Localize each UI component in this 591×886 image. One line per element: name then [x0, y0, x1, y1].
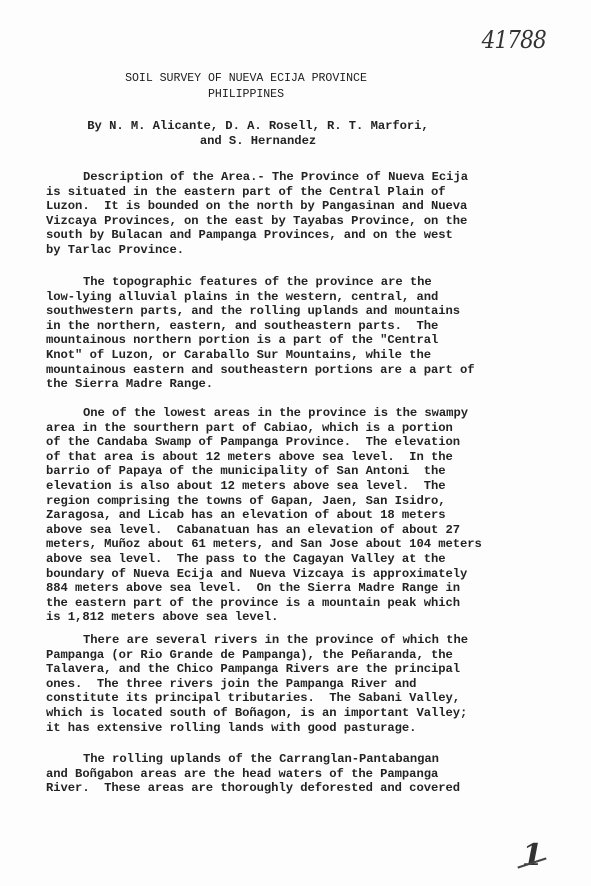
paragraph-4-line: Pampanga (or Rio Grande de Pampanga), th… [46, 648, 453, 662]
paragraph-2-line: mountainous eastern and southeastern por… [46, 363, 475, 377]
paragraph-2-line: southwestern parts, and the rolling upla… [46, 304, 460, 318]
paragraph-3-line: of the Candaba Swamp of Pampanga Provinc… [46, 435, 460, 449]
paragraph-3-line: is 1,812 meters above sea level. [46, 610, 278, 624]
paragraph-4-line: ones. The three rivers join the Pampanga… [46, 677, 416, 691]
document-page: 41788 SOIL SURVEY OF NUEVA ECIJA PROVINC… [0, 0, 591, 886]
paragraph-4-line: constitute its principal tributaries. Th… [46, 691, 460, 705]
author-line: and S. Hernandez [0, 134, 516, 148]
paragraph-4-line: There are several rivers in the province… [83, 633, 468, 647]
paragraph-3-line: above sea level. Cabanatuan has an eleva… [46, 523, 460, 537]
paragraph-3-line: barrio of Papaya of the municipality of … [46, 464, 446, 478]
paragraph-5-line: The rolling uplands of the Carranglan-Pa… [83, 752, 439, 766]
paragraph-4-line: it has extensive rolling lands with good… [46, 721, 416, 735]
paragraph-3-line: above sea level. The pass to the Cagayan… [46, 552, 446, 566]
paragraph-3-line: One of the lowest areas in the province … [83, 406, 468, 420]
paragraph-3-line: boundary of Nueva Ecija and Nueva Vizcay… [46, 567, 467, 581]
paragraph-1-line: is situated in the eastern part of the C… [46, 185, 446, 199]
document-title-line: PHILIPPINES [0, 88, 492, 102]
paragraph-3-line: elevation is also about 12 meters above … [46, 479, 446, 493]
paragraph-1-line: Description of the Area.- The Province o… [83, 170, 468, 184]
paragraph-3-line: meters, Muñoz about 61 meters, and San J… [46, 537, 482, 551]
paragraph-3-line: of that area is about 12 meters above se… [46, 450, 453, 464]
paragraph-4-line: which is located south of Boñagon, is an… [46, 706, 467, 720]
paragraph-2-line: Knot" of Luzon, or Caraballo Sur Mountai… [46, 348, 431, 362]
handwritten-catalog-number: 41788 [482, 26, 546, 54]
paragraph-1-line: Vizcaya Provinces, on the east by Tayaba… [46, 214, 467, 228]
paragraph-2-line: in the northern, eastern, and southeaste… [46, 319, 438, 333]
paragraph-3-line: area in the sourthern part of Cabiao, wh… [46, 421, 453, 435]
paragraph-2-line: The topographic features of the province… [83, 275, 432, 289]
paragraph-5-line: River. These areas are thoroughly defore… [46, 781, 460, 795]
paragraph-2-line: the Sierra Madre Range. [46, 377, 213, 391]
handwritten-page-number: 1 [522, 838, 543, 873]
paragraph-2-line: mountainous northern portion is a part o… [46, 333, 438, 347]
paragraph-3-line: the eastern part of the province is a mo… [46, 596, 460, 610]
paragraph-2-line: low-lying alluvial plains in the western… [46, 290, 438, 304]
paragraph-3-line: Zaragosa, and Licab has an elevation of … [46, 508, 446, 522]
paragraph-5-line: and Boñgabon areas are the head waters o… [46, 767, 438, 781]
paragraph-4-line: Talavera, and the Chico Pampanga Rivers … [46, 662, 460, 676]
paragraph-3-line: region comprising the towns of Gapan, Ja… [46, 494, 446, 508]
paragraph-1-line: south by Bulacan and Pampanga Provinces,… [46, 228, 453, 242]
document-title-line: SOIL SURVEY OF NUEVA ECIJA PROVINCE [0, 72, 492, 86]
author-line: By N. M. Alicante, D. A. Rosell, R. T. M… [0, 119, 516, 133]
paragraph-3-line: 884 meters above sea level. On the Sierr… [46, 581, 460, 595]
paragraph-1-line: Luzon. It is bounded on the north by Pan… [46, 199, 467, 213]
paragraph-1-line: by Tarlac Province. [46, 243, 184, 257]
